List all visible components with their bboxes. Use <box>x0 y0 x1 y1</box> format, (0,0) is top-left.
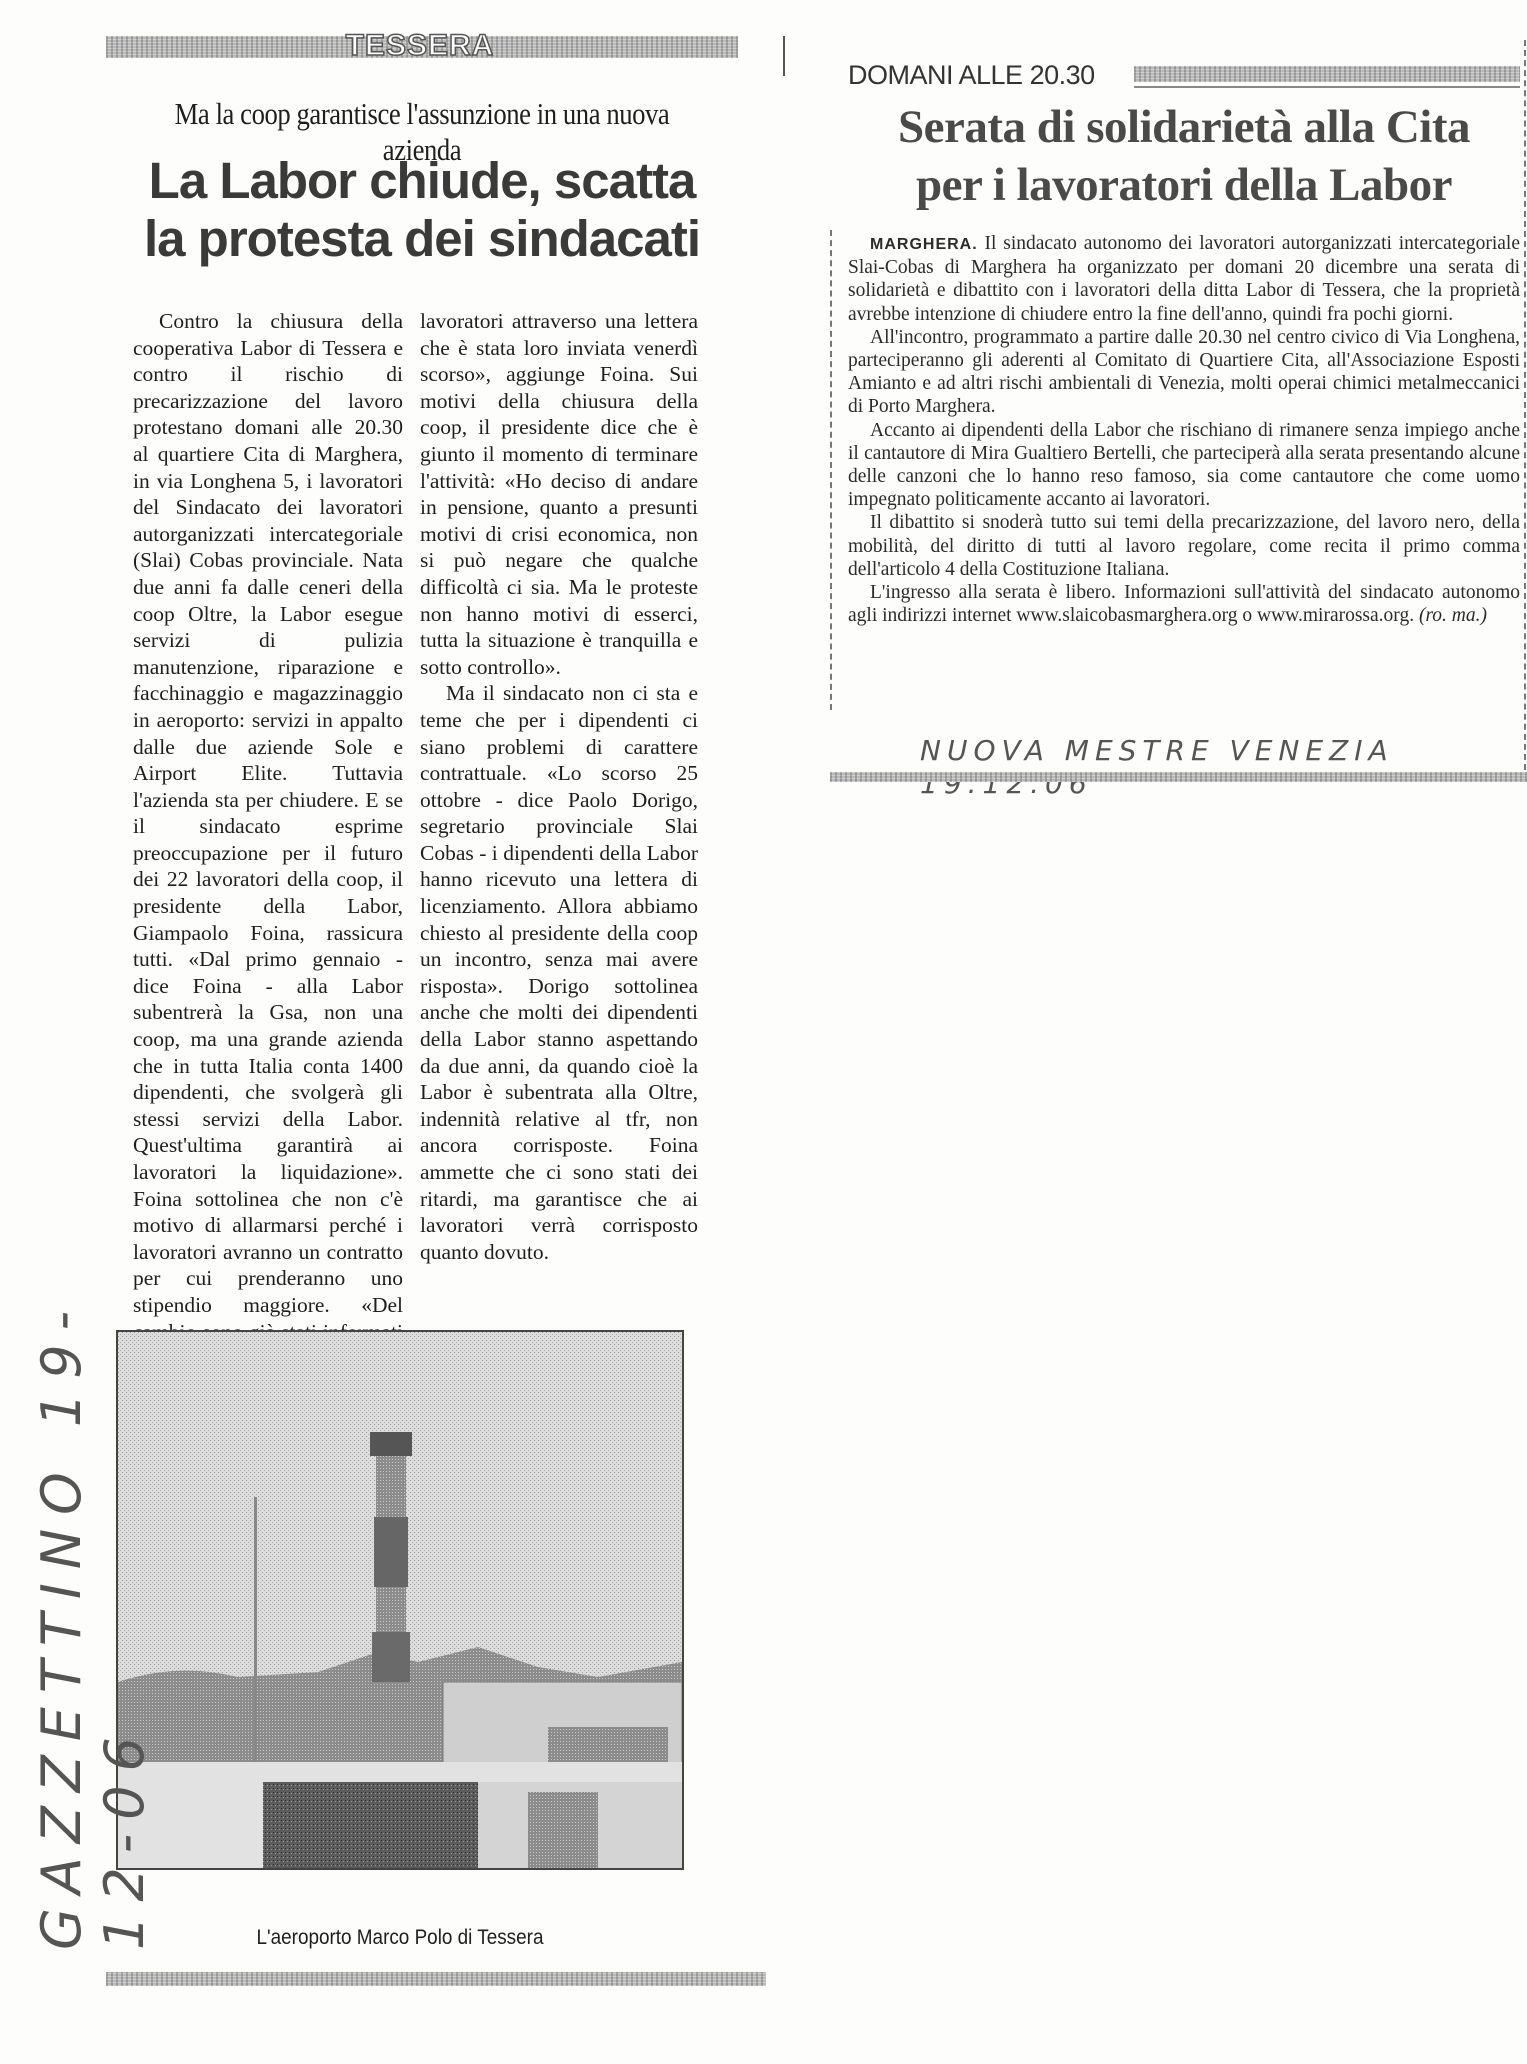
photo-caption: L'aeroporto Marco Polo di Tessera <box>144 1926 655 1950</box>
left-headline-line1: La Labor chiude, scatta <box>96 152 748 210</box>
paragraph: Accanto ai dipendenti della Labor che ri… <box>848 419 1520 512</box>
airport-control-tower-image <box>118 1332 682 1868</box>
right-headline-line1: Serata di solidarietà alla Cita <box>848 98 1520 156</box>
handwritten-source-note: GAZZETTINO 19-12-06 <box>30 1190 100 1950</box>
dateline: MARGHERA. <box>870 236 978 253</box>
left-headline-line2: la protesta dei sindacati <box>96 210 748 268</box>
clipping-edge-left <box>830 230 834 710</box>
clipping-bottom-edge <box>830 772 1527 782</box>
paragraph: All'incontro, programmato a partire dall… <box>848 326 1520 419</box>
paragraph: L'ingresso alla serata è libero. Informa… <box>848 581 1520 627</box>
article-bottom-band <box>106 1972 766 1986</box>
paragraph: Il dibattito si snoderà tutto sui temi d… <box>848 511 1520 581</box>
handwritten-source-note: NUOVA MESTRE VENEZIA 19.12.06 <box>920 734 1520 800</box>
right-headline: Serata di solidarietà alla Cita per i la… <box>848 98 1520 214</box>
left-article-column-1: Contro la chiusura della cooperativa Lab… <box>133 308 403 1372</box>
airport-photo <box>116 1330 684 1870</box>
kicker-band <box>1134 66 1520 82</box>
left-headline: La Labor chiude, scatta la protesta dei … <box>96 152 748 268</box>
right-article-body: MARGHERA. Il sindacato autonomo dei lavo… <box>848 232 1520 627</box>
paragraph: lavoratori attraverso una lettera che è … <box>420 308 698 680</box>
paragraph: Ma il sindacato non ci sta e teme che pe… <box>420 680 698 1265</box>
paragraph: MARGHERA. Il sindacato autonomo dei lavo… <box>848 232 1520 326</box>
author-signature: (ro. ma.) <box>1419 605 1487 626</box>
kicker-rule <box>1134 86 1520 88</box>
column-divider <box>783 36 785 76</box>
right-kicker: DOMANI ALLE 20.30 <box>848 60 1095 91</box>
right-headline-line2: per i lavoratori della Labor <box>848 156 1520 214</box>
section-label: TESSERA <box>330 28 510 64</box>
paragraph: Contro la chiusura della cooperativa Lab… <box>133 308 403 1372</box>
left-article-column-2: lavoratori attraverso una lettera che è … <box>420 308 698 1265</box>
